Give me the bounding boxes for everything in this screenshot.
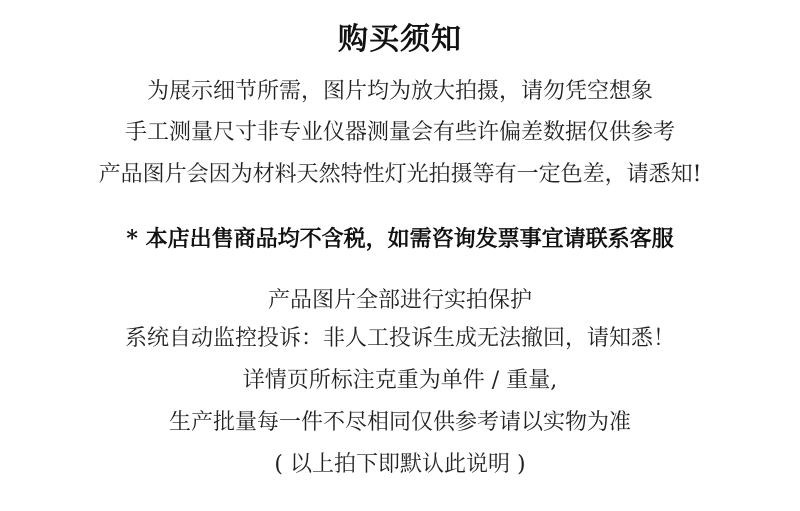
protection-line-batch-variation: 生产批量每一件不尽相同仅供参考请以实物为准 xyxy=(0,408,800,438)
protection-line-weight-note: 详情页所标注克重为单件 / 重量, xyxy=(0,366,800,396)
notice-line-detail-photos: 为展示细节所需，图片均为放大拍摄，请勿凭空想象 xyxy=(0,77,800,107)
notice-line-color-difference: 产品图片会因为材料天然特性灯光拍摄等有一定色差，请悉知! xyxy=(0,160,800,190)
tax-notice: * 本店出售商品均不含税，如需咨询发票事宜请联系客服 xyxy=(0,224,800,254)
protection-line-complaint-monitoring: 系统自动监控投诉：非人工投诉生成无法撤回，请知悉！ xyxy=(0,324,800,354)
protection-line-photo-protection: 产品图片全部进行实拍保护 xyxy=(0,286,800,316)
purchase-notice-page: 购买须知 为展示细节所需，图片均为放大拍摄，请勿凭空想象 手工测量尺寸非专业仪器… xyxy=(0,0,800,511)
protection-line-default-agreement: ( 以上拍下即默认此说明 ) xyxy=(0,450,800,480)
page-title: 购买须知 xyxy=(0,20,800,60)
notice-line-measurement: 手工测量尺寸非专业仪器测量会有些许偏差数据仅供参考 xyxy=(0,118,800,148)
